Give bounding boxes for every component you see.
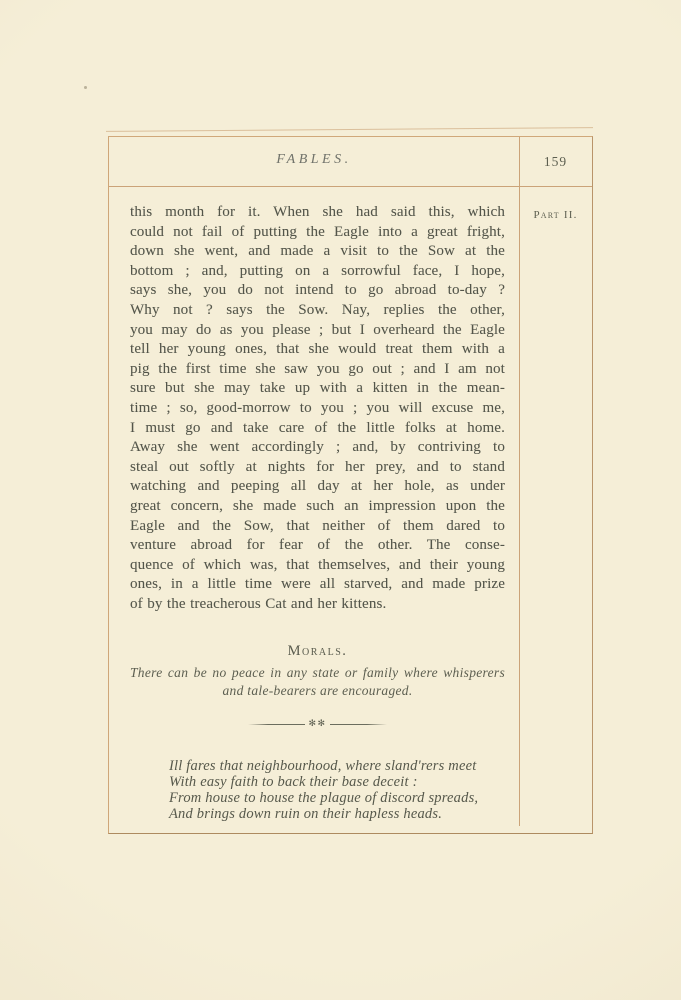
verse-quatrain: Ill fares that neighbourhood, where slan… [169,758,478,822]
moral-line: There can be no peace in any state or fa… [130,664,505,682]
moral-text: There can be no peace in any state or fa… [130,664,505,699]
margin-note-part: Part II. [519,209,592,221]
divider-rule-right [330,724,387,725]
verse-line: And brings down ruin on their hapless he… [169,806,478,822]
verse-line: Ill fares that neighbourhood, where slan… [169,758,478,774]
fable-body-line: ones, in a little time were all starved,… [130,575,505,595]
fable-body-line: Away she went accordingly ; and, by cont… [130,438,505,458]
fable-body-line: watching and peeping all day at her hole… [130,477,505,497]
running-header-title: FABLES. [109,152,519,168]
fable-body-line: bottom ; and, putting on a sorrowful fac… [130,262,505,282]
fable-body-line: this month for it. When she had said thi… [130,203,505,223]
fable-body-line: pig the first time she saw you go out ; … [130,360,505,380]
section-divider: ✻✻ [130,717,505,731]
morals-heading: Morals. [130,643,505,660]
fable-body-line: great concern, she made such an impressi… [130,497,505,517]
scan-artifact-line [106,127,593,132]
fable-body-line: could not fail of putting the Eagle into… [130,223,505,243]
paper-speck [84,86,87,89]
scanned-page-background: FABLES. 159 Part II. this month for it. … [0,0,681,1000]
fleuron-ornament-icon: ✻✻ [305,719,329,729]
page-border-frame: FABLES. 159 Part II. this month for it. … [108,136,593,834]
fable-body-line: tell her young ones, that she would trea… [130,340,505,360]
fable-body-line: down she went, and made a visit to the S… [130,242,505,262]
fable-body-line: steal out softly at nights for her prey,… [130,458,505,478]
verse-line: From house to house the plague of discor… [169,790,478,806]
fable-body-line: Why not ? says the Sow. Nay, replies the… [130,301,505,321]
verse-line: With easy faith to back their base decei… [169,774,478,790]
fable-body-line: you may do as you please ; but I overhea… [130,321,505,341]
page-number: 159 [519,154,592,170]
fable-body-line: of by the treacherous Cat and her kitten… [130,595,505,615]
fable-body-line: time ; so, good-morrow to you ; you will… [130,399,505,419]
fable-body-line: says she, you do not intend to go abroad… [130,281,505,301]
moral-line: and tale-bearers are encouraged. [130,682,505,700]
divider-rule-left [248,724,305,725]
fable-body-line: Eagle and the Sow, that neither of them … [130,517,505,537]
fable-body-line: I must go and take care of the little fo… [130,419,505,439]
fable-body-line: venture abroad for fear of the other. Th… [130,536,505,556]
margin-column-rule [519,137,520,826]
fable-body-text: this month for it. When she had said thi… [130,203,505,614]
fable-body-line: sure but she may take up with a kitten i… [130,379,505,399]
fable-body-line: quence of which was, that themselves, an… [130,556,505,576]
